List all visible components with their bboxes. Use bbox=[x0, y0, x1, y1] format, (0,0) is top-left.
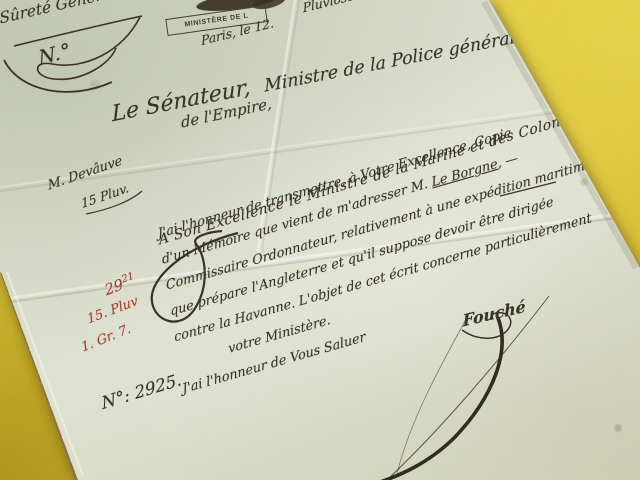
document-photo: MINISTÈRE DE L Sûreté Générale N.° Paris… bbox=[0, 0, 640, 480]
numero-label: N.° bbox=[37, 38, 71, 70]
torn-left-edge-highlight bbox=[8, 272, 84, 476]
bottom-registry-number: N°: 2925. bbox=[100, 370, 183, 414]
service-label: Sûreté Générale bbox=[0, 0, 126, 27]
body-line-2-post: , — bbox=[496, 151, 519, 172]
letter-body: J'ai l'honneur de transmettre, à Votre E… bbox=[156, 98, 617, 403]
red-registry-date: 15. Pluv bbox=[86, 294, 140, 328]
letter-paper: MINISTÈRE DE L Sûreté Générale N.° Paris… bbox=[0, 0, 640, 480]
paper-shadow-wrap: MINISTÈRE DE L Sûreté Générale N.° Paris… bbox=[0, 0, 640, 480]
torn-left-edge bbox=[0, 274, 76, 480]
title-rest: Ministre de la Police générale bbox=[264, 26, 526, 97]
dateline-month: Pluviôse bbox=[302, 0, 355, 15]
letter-title: Le Sénateur, Ministre de la Police génér… bbox=[111, 22, 526, 127]
red-registry-number-sup: 21 bbox=[121, 271, 136, 286]
red-registry-class: 1. Gr. 7. bbox=[80, 321, 133, 355]
service-underline-flourish bbox=[14, 16, 142, 46]
clerk-note-date: 15 Pluv. bbox=[80, 180, 130, 211]
torn-left-edge-light bbox=[7, 272, 83, 476]
